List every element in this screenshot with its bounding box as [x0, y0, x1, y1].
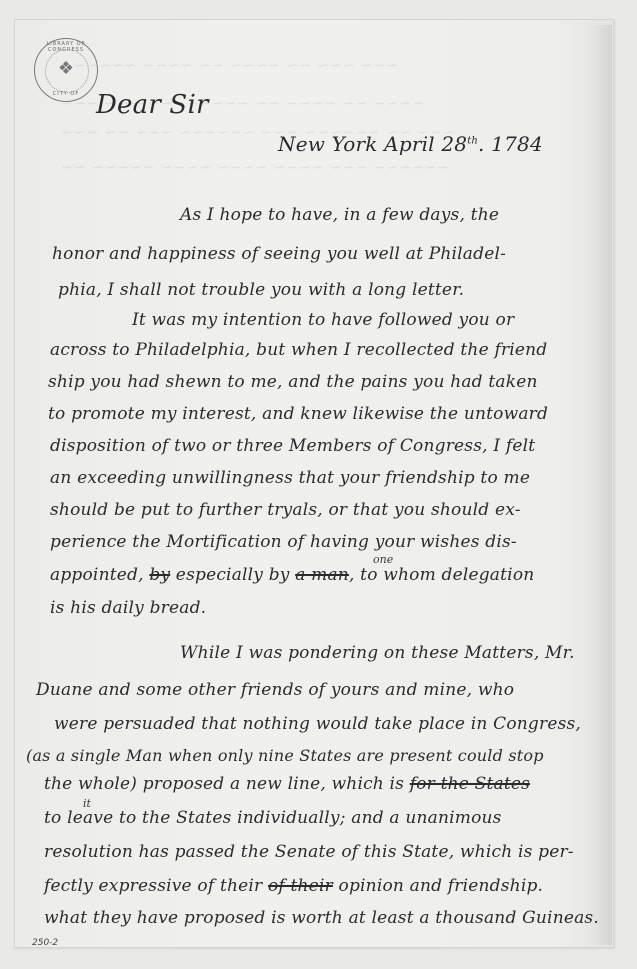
letter-line: the whole) proposed a new line, which is… [44, 774, 530, 794]
letter-line: to leave to the States individually; and… [44, 808, 502, 828]
stamp-text-bottom: CITY OF [35, 91, 97, 97]
letter-line: is his daily bread. [50, 598, 206, 618]
letter-line: As I hope to have, in a few days, the [180, 205, 499, 225]
folio-number: 250-2 [32, 938, 58, 948]
bleed-through-text: ~~~ ~~~ ~~ ~~~~ ~~ ~~~~ ~~~~~~ [60, 58, 398, 74]
salutation: Dear Sir [96, 90, 209, 120]
letter-line: what they have proposed is worth at leas… [44, 908, 599, 928]
letter-line: phia, I shall not trouble you with a lon… [58, 280, 464, 300]
struck-word: a man [295, 565, 349, 585]
letter-line: Duane and some other friends of yours an… [36, 680, 514, 700]
letter-line: to promote my interest, and knew likewis… [48, 404, 548, 424]
dateline-date: April 28 [384, 132, 467, 156]
letter-line: an exceeding unwillingness that your fri… [50, 468, 530, 488]
bleed-through-text: ~~~~~~ ~~~ ~~~~ ~~~~ ~~~~ ~~~~~ ~~ [60, 160, 449, 176]
library-stamp: LIBRARY OF CONGRESS ❖ CITY OF [34, 38, 98, 102]
dateline-year: 1784 [491, 132, 543, 156]
dateline-place: New York [278, 132, 378, 156]
letter-line: resolution has passed the Senate of this… [44, 842, 574, 862]
letter-line: ship you had shewn to me, and the pains … [48, 372, 538, 392]
struck-phrase: for the States [410, 774, 530, 794]
letter-line: were persuaded that nothing would take p… [54, 714, 581, 734]
dateline-ordinal: th [467, 135, 478, 146]
letter-line: perience the Mortification of having you… [50, 532, 517, 552]
letter-line: honor and happiness of seeing you well a… [52, 244, 506, 264]
letter-line: should be put to further tryals, or that… [50, 500, 521, 520]
letter-line: While I was pondering on these Matters, … [180, 643, 575, 663]
eagle-emblem-icon: ❖ [55, 57, 77, 81]
struck-phrase: of their [268, 876, 333, 896]
letter-line: (as a single Man when only nine States a… [26, 746, 544, 765]
letter-line: fectly expressive of their of their opin… [44, 876, 543, 896]
page-edge-shadow [590, 25, 612, 945]
letter-line: across to Philadelphia, but when I recol… [50, 340, 547, 360]
letter-line: disposition of two or three Members of C… [50, 436, 535, 456]
letter-line: appointed, by especially by a man, to wh… [50, 565, 534, 585]
letter-line: It was my intention to have followed you… [132, 310, 514, 330]
struck-word: by [149, 565, 170, 585]
dateline: New York April 28th. 1784 [278, 132, 543, 156]
